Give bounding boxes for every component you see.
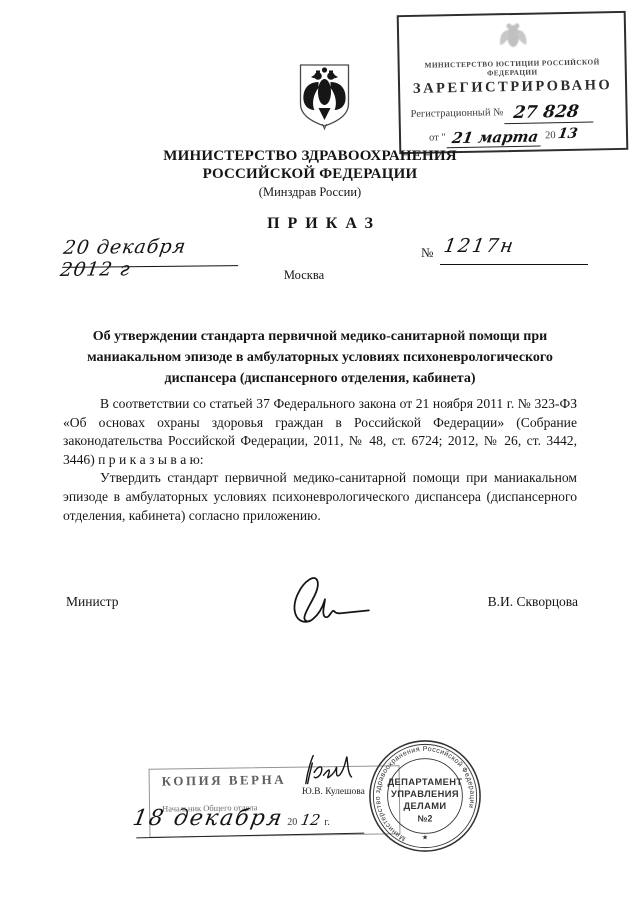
registered-label: ЗАРЕГИСТРИРОВАНО: [400, 77, 625, 98]
order-number-field: 1217н: [440, 235, 588, 265]
order-date-field: 20 декабря 2012 г: [62, 235, 238, 268]
coat-of-arms-icon: [296, 62, 353, 130]
round-department-stamp: Министерство здравоохранения Российской …: [366, 737, 484, 855]
order-number-handwritten: 1217н: [442, 235, 516, 257]
signature-name: В.И. Скворцова: [0, 594, 578, 610]
city-label: Москва: [0, 268, 608, 283]
copy-signer-name: Ю.В. Кулешова: [302, 787, 365, 797]
registration-year-printed: 20: [545, 130, 556, 141]
copy-year-handwritten: 12: [300, 811, 322, 829]
body-paragraph-1: В соответствии со статьей 37 Федеральног…: [63, 395, 577, 469]
body-paragraph-2: Утвердить стандарт первичной медико-сани…: [63, 469, 577, 525]
round-stamp-line4: №2: [418, 814, 433, 824]
copy-stamp-date-row: 18 декабря 20 12 г.: [133, 806, 378, 840]
round-stamp-line3: ДЕЛАМИ: [404, 801, 447, 811]
kuleshova-signature: [298, 750, 364, 792]
ministry-header: МИНИСТЕРСТВО ЗДРАВООХРАНЕНИЯ РОССИЙСКОЙ …: [0, 147, 620, 200]
document-page: МИНИСТЕРСТВО ЮСТИЦИИ РОССИЙСКОЙ ФЕДЕРАЦИ…: [0, 0, 640, 905]
registration-year-written: 13: [557, 126, 579, 142]
document-type-heading: ПРИКАЗ: [0, 215, 640, 233]
document-body: В соответствии со статьей 37 Федеральног…: [63, 395, 577, 525]
registration-date-line: от " 21 марта 20 13: [429, 125, 629, 149]
justice-emblem-icon: [496, 18, 531, 57]
registration-stamp: МИНИСТЕРСТВО ЮСТИЦИИ РОССИЙСКОЙ ФЕДЕРАЦИ…: [397, 11, 629, 154]
ministry-name-line1: МИНИСТЕРСТВО ЗДРАВООХРАНЕНИЯ: [0, 147, 620, 165]
copy-date-handwritten: 18 декабря: [131, 806, 286, 831]
copy-year-suffix: г.: [324, 817, 329, 828]
registration-number-value: 27 828: [505, 101, 597, 124]
registration-number-label: Регистрационный №: [410, 107, 503, 120]
copy-stamp-title: КОПИЯ ВЕРНА: [162, 772, 287, 790]
ministry-short-name: (Минздрав России): [0, 185, 620, 200]
ministry-name-line2: РОССИЙСКОЙ ФЕДЕРАЦИИ: [0, 165, 620, 183]
registration-number-line: Регистрационный № 27 828: [410, 101, 620, 126]
copy-year-printed: 20: [287, 817, 297, 828]
document-title: Об утверждении стандарта первичной медик…: [60, 326, 580, 389]
registration-date-prefix: от ": [429, 132, 446, 143]
registration-date-value: 21 марта: [447, 127, 544, 148]
round-stamp-line1: ДЕПАРТАМЕНТ: [387, 777, 462, 787]
round-stamp-star: ★: [422, 833, 428, 841]
round-stamp-line2: УПРАВЛЕНИЯ: [391, 789, 459, 799]
number-sign: №: [421, 245, 433, 261]
justice-ministry-name: МИНИСТЕРСТВО ЮСТИЦИИ РОССИЙСКОЙ ФЕДЕРАЦИ…: [400, 57, 625, 79]
